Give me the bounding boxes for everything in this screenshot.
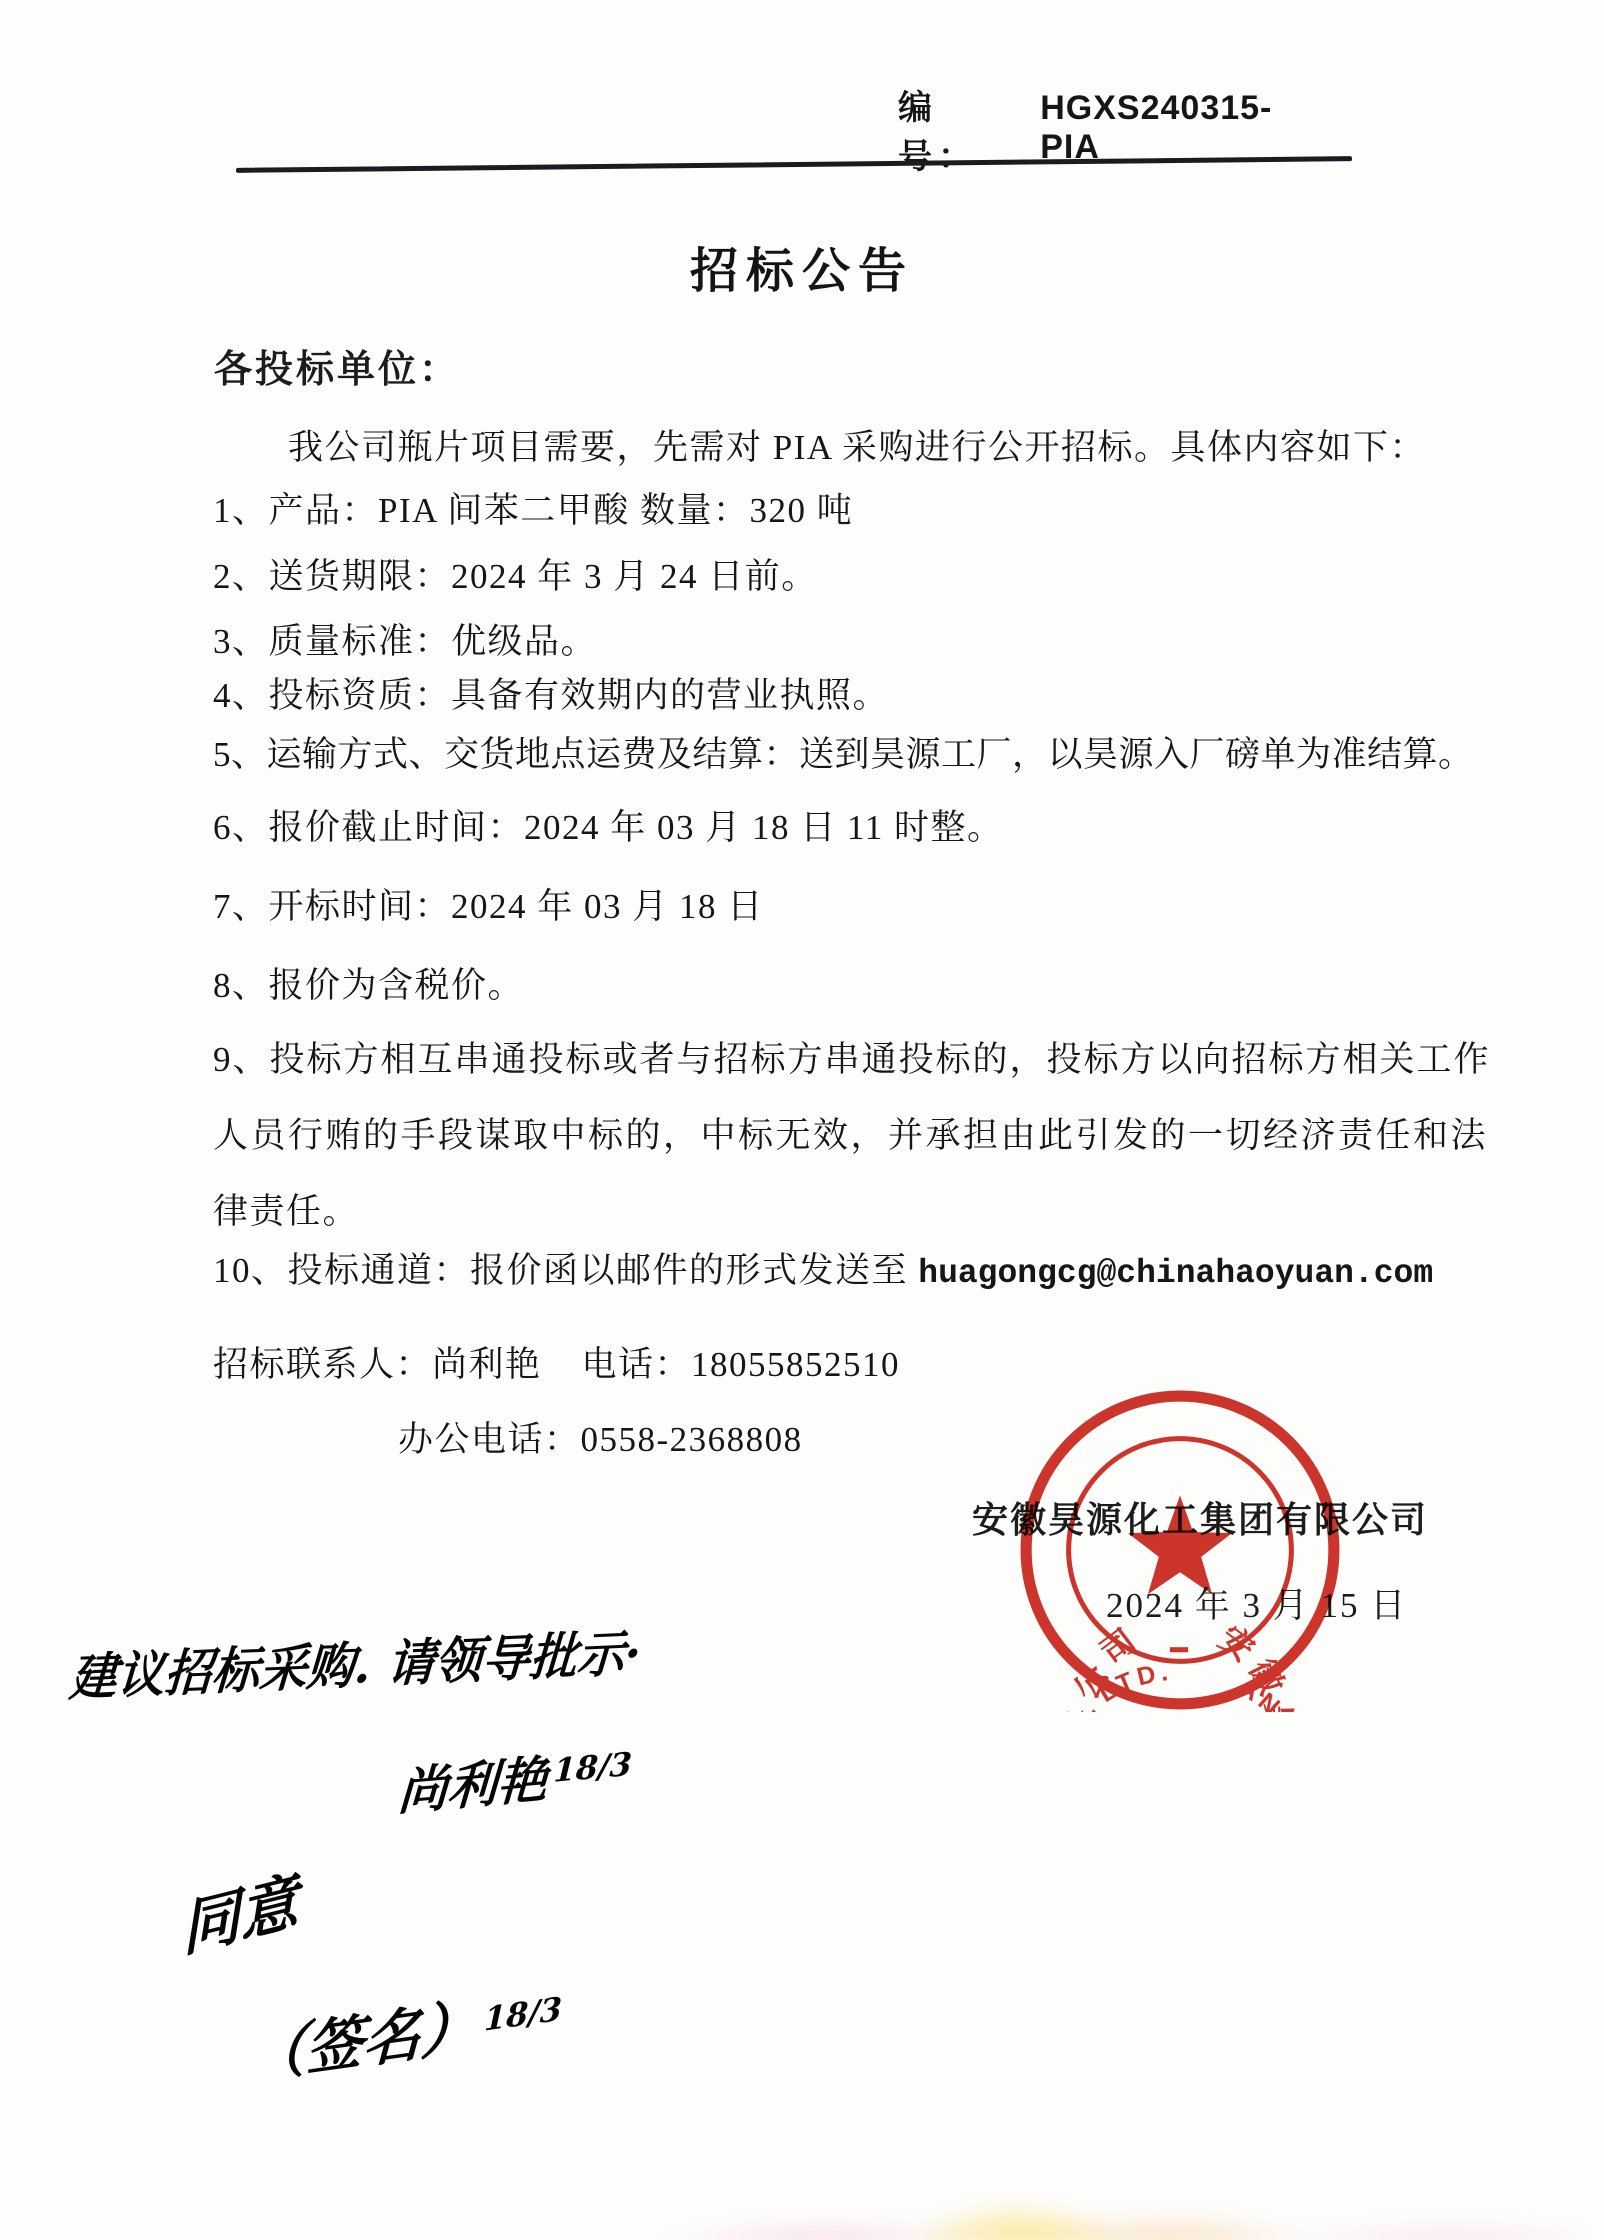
- seal-bottom-dash: [1170, 1647, 1188, 1652]
- handwritten-agree-note: 同意: [178, 1853, 301, 1969]
- handwritten-signature-1: 尚利艳18/3: [396, 1732, 633, 1825]
- item-6-deadline: 6、报价截止时间：2024 年 03 月 18 日 11 时整。: [213, 800, 1003, 850]
- handwritten-signature-2: （签名）18/3: [247, 1966, 563, 2095]
- item-4-qualification: 4、投标资质：具备有效期内的营业执照。: [213, 668, 889, 718]
- item-1-product: 1、产品：PIA 间苯二甲酸 数量：320 吨: [213, 483, 853, 533]
- signature-2-name: （签名）: [247, 1991, 479, 2092]
- item-9-line-2: 人员行贿的手段谋取中标的，中标无效，并承担由此引发的一切经济责任和法: [213, 1108, 1488, 1158]
- seal-inner-text: 安徽昊源化工集团有限公司: [1064, 1619, 1297, 1712]
- contact-phone: 18055852510: [691, 1345, 900, 1384]
- item-9-line-3: 律责任。: [213, 1184, 359, 1234]
- item-7-opening-time: 7、开标时间：2024 年 03 月 18 日: [213, 879, 764, 929]
- bid-email: huagongcg@chinahaoyuan.com: [918, 1255, 1433, 1292]
- seal-star-icon: [1128, 1495, 1232, 1594]
- item-8-tax-price: 8、报价为含税价。: [213, 958, 524, 1008]
- contact-line: 招标联系人：尚利艳电话：18055852510: [213, 1337, 900, 1387]
- item-10-channel: 10、投标通道：报价函以邮件的形式发送至 huagongcg@chinahaoy…: [213, 1243, 1433, 1293]
- doc-number-value: HGXS240315-PIA: [1040, 89, 1318, 167]
- contact-phone-label: 电话：: [582, 1345, 692, 1384]
- office-phone-line: 办公电话：0558-2368808: [398, 1412, 803, 1462]
- signature-1-date: 18/3: [553, 1745, 633, 1790]
- item-10-prefix: 10、投标通道：报价函以邮件的形式发送至: [213, 1251, 918, 1290]
- handwritten-approval-note: 建议招标采购. 请领导批示·: [68, 1613, 644, 1710]
- company-seal-graphic: ANHUI HAOYUAN CHEMICAL GROUP CO., LTD. 安…: [1018, 1388, 1342, 1712]
- contact-name: 尚利艳: [432, 1345, 542, 1384]
- intro-line: 我公司瓶片项目需要，先需对 PIA 采购进行公开招标。具体内容如下：: [288, 420, 1426, 470]
- item-5-transport: 5、运输方式、交货地点运费及结算：送到昊源工厂，以昊源入厂磅单为准结算。: [213, 727, 1474, 777]
- signature-1-name: 尚利艳: [396, 1749, 549, 1822]
- office-phone-number: 0558-2368808: [581, 1420, 803, 1459]
- salutation: 各投标单位：: [214, 338, 460, 393]
- contact-label: 招标联系人：: [213, 1345, 432, 1384]
- company-seal: ANHUI HAOYUAN CHEMICAL GROUP CO., LTD. 安…: [1018, 1388, 1342, 1712]
- item-2-delivery: 2、送货期限：2024 年 3 月 24 日前。: [213, 549, 818, 599]
- office-phone-label: 办公电话：: [398, 1420, 581, 1459]
- page-title: 招标公告: [0, 232, 1604, 301]
- item-9-line-1: 9、投标方相互串通投标或者与招标方串通投标的，投标方以向招标方相关工作: [213, 1032, 1491, 1082]
- scan-color-smear: [500, 2168, 1580, 2240]
- signature-2-date: 18/3: [484, 1989, 563, 2038]
- item-3-quality: 3、质量标准：优级品。: [213, 614, 597, 664]
- scanned-tender-notice-page: 编号： HGXS240315-PIA 招标公告 各投标单位： 我公司瓶片项目需要…: [0, 0, 1604, 2240]
